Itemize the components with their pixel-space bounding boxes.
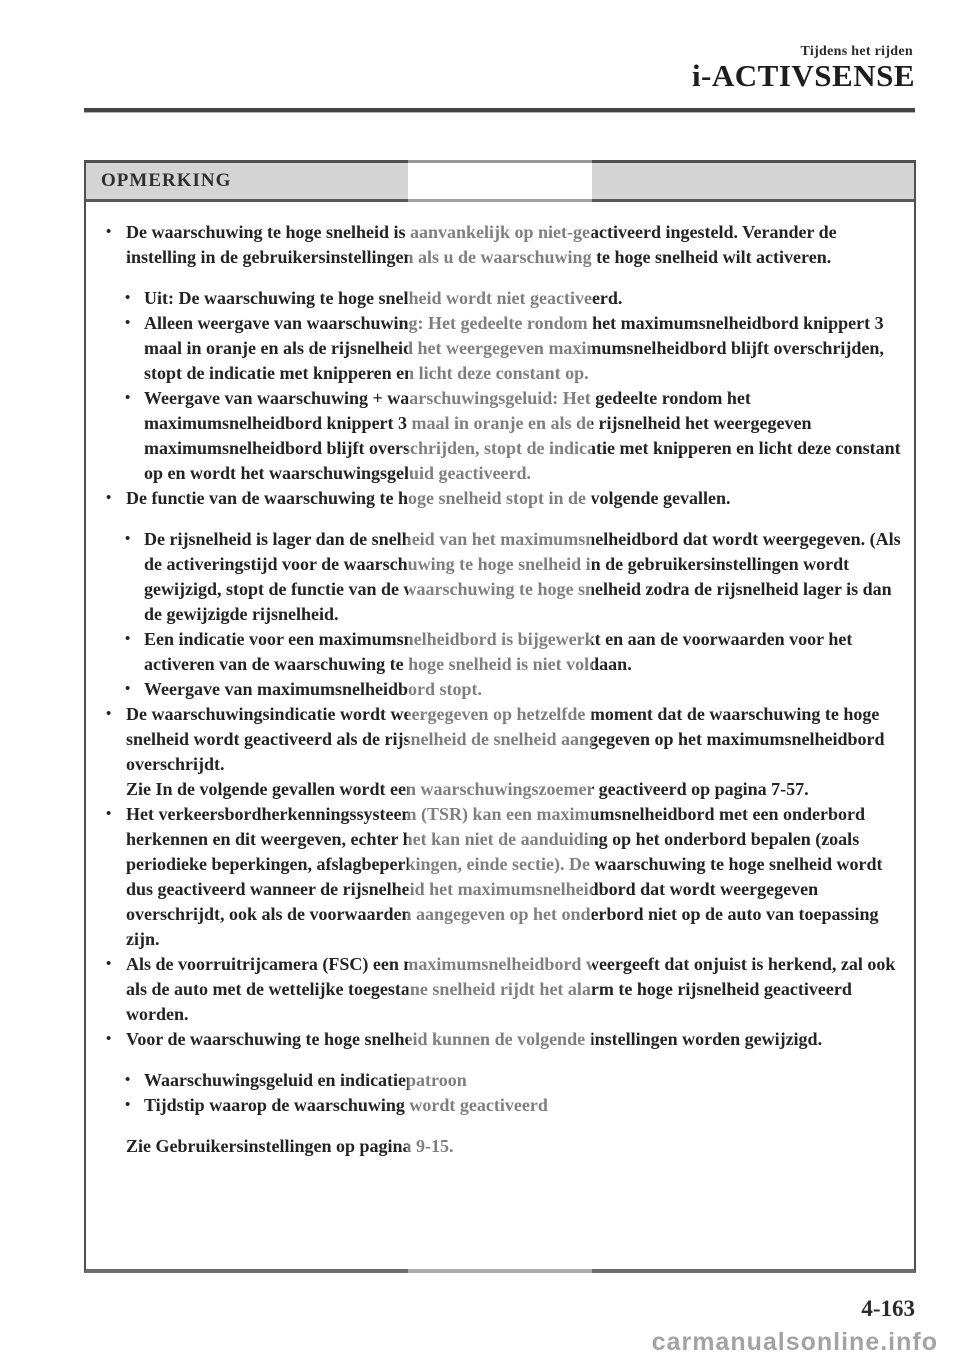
note-text: Waarschuwingsgeluid en indicatiepatroon <box>144 1070 467 1090</box>
bullet-marker: • <box>106 1027 111 1052</box>
note-text: Weergave van waarschuwing + waarschuwing… <box>144 388 901 483</box>
bullet-marker: • <box>125 286 130 311</box>
note-bullet-item: •Weergave van waarschuwing + waarschuwin… <box>86 386 902 486</box>
note-text: Een indicatie voor een maximumsnelheidbo… <box>144 629 852 674</box>
bullet-marker: • <box>106 220 111 245</box>
bullet-marker: • <box>125 1093 130 1118</box>
bullet-marker: • <box>125 311 130 336</box>
note-text: Als de voorruitrijcamera (FSC) een maxim… <box>126 954 895 1024</box>
note-paragraph: Zie Gebruikersinstellingen op pagina 9-1… <box>86 1134 902 1159</box>
note-bullet-item: •De waarschuwingsindicatie wordt weergeg… <box>86 702 902 777</box>
watermark-text: carmanualsonline.info <box>652 1328 938 1357</box>
note-body: •De waarschuwing te hoge snelheid is aan… <box>86 202 914 1159</box>
note-bullet-item: •Uit: De waarschuwing te hoge snelheid w… <box>86 286 902 311</box>
note-text: Zie Gebruikersinstellingen op pagina 9-1… <box>126 1136 454 1156</box>
note-bullet-item: •Voor de waarschuwing te hoge snelheid k… <box>86 1027 902 1052</box>
note-bullet-item: •Waarschuwingsgeluid en indicatiepatroon <box>86 1068 902 1093</box>
note-text: Uit: De waarschuwing te hoge snelheid wo… <box>144 288 622 308</box>
bullet-marker: • <box>125 527 130 552</box>
note-header-bar: OPMERKING <box>86 163 914 202</box>
note-text: Het verkeersbordherkenningssysteem (TSR)… <box>126 804 882 949</box>
note-box: OPMERKING •De waarschuwing te hoge snelh… <box>84 160 916 1273</box>
note-bullet-item: •Als de voorruitrijcamera (FSC) een maxi… <box>86 952 902 1027</box>
running-header-title: i-ACTIVSENSE <box>692 58 915 94</box>
bullet-marker: • <box>125 1068 130 1093</box>
note-text: Weergave van maximumsnelheidbord stopt. <box>144 679 482 699</box>
note-paragraph: Zie In de volgende gevallen wordt een wa… <box>86 777 902 802</box>
note-bullet-item: •De rijsnelheid is lager dan de snelheid… <box>86 527 902 627</box>
note-bullet-item: •Het verkeersbordherkenningssysteem (TSR… <box>86 802 902 952</box>
bullet-marker: • <box>106 486 111 511</box>
note-label: OPMERKING <box>101 170 231 192</box>
note-text: Alleen weergave van waarschuwing: Het ge… <box>144 313 884 383</box>
bullet-marker: • <box>106 952 111 977</box>
note-bullet-item: •Alleen weergave van waarschuwing: Het g… <box>86 311 902 386</box>
note-text: Zie In de volgende gevallen wordt een wa… <box>126 779 809 799</box>
bullet-marker: • <box>125 386 130 411</box>
note-bullet-item: •De functie van de waarschuwing te hoge … <box>86 486 902 511</box>
note-bullet-item: •Tijdstip waarop de waarschuwing wordt g… <box>86 1093 902 1118</box>
bullet-marker: • <box>106 702 111 727</box>
note-text: Tijdstip waarop de waarschuwing wordt ge… <box>144 1095 548 1115</box>
header-rule <box>84 108 915 113</box>
note-bullet-item: •Een indicatie voor een maximumsnelheidb… <box>86 627 902 677</box>
note-text: Voor de waarschuwing te hoge snelheid ku… <box>126 1029 822 1049</box>
note-text: De waarschuwingsindicatie wordt weergege… <box>126 704 885 774</box>
note-bullet-item: •Weergave van maximumsnelheidbord stopt. <box>86 677 902 702</box>
bullet-marker: • <box>125 627 130 652</box>
note-bullet-item: •De waarschuwing te hoge snelheid is aan… <box>86 220 902 270</box>
note-text: De waarschuwing te hoge snelheid is aanv… <box>126 222 837 267</box>
page-number: 4-163 <box>861 1296 915 1322</box>
note-text: De functie van de waarschuwing te hoge s… <box>126 488 731 508</box>
note-text: De rijsnelheid is lager dan de snelheid … <box>144 529 901 624</box>
manual-page: Tijdens het rijden i-ACTIVSENSE OPMERKIN… <box>0 0 960 1362</box>
bullet-marker: • <box>106 802 111 827</box>
bullet-marker: • <box>125 677 130 702</box>
